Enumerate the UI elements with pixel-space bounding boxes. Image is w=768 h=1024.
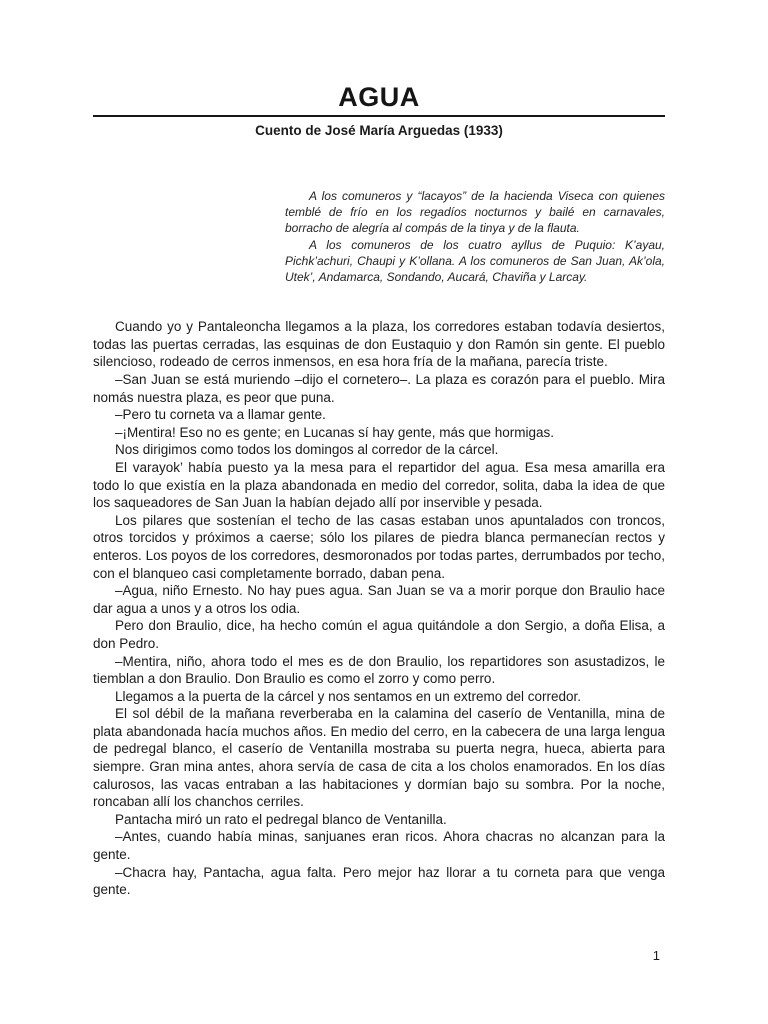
story-paragraph: Pantacha miró un rato el pedregal blanco… — [93, 811, 665, 829]
dedication-paragraph: A los comuneros de los cuatro ayllus de … — [285, 237, 665, 286]
document-header: AGUA Cuento de José María Arguedas (1933… — [93, 82, 665, 139]
story-paragraph: –Chacra hay, Pantacha, agua falta. Pero … — [93, 864, 665, 899]
story-paragraph: –San Juan se está muriendo –dijo el corn… — [93, 371, 665, 406]
story-paragraph: Los pilares que sostenían el techo de la… — [93, 512, 665, 582]
document-page: AGUA Cuento de José María Arguedas (1933… — [0, 0, 768, 1024]
story-paragraph: –Pero tu corneta va a llamar gente. — [93, 406, 665, 424]
story-paragraph: –¡Mentira! Eso no es gente; en Lucanas s… — [93, 424, 665, 442]
document-subtitle: Cuento de José María Arguedas (1933) — [93, 122, 665, 139]
story-paragraph: Llegamos a la puerta de la cárcel y nos … — [93, 688, 665, 706]
story-paragraph: El sol débil de la mañana reverberaba en… — [93, 705, 665, 811]
page-content: AGUA Cuento de José María Arguedas (1933… — [93, 0, 665, 899]
story-paragraph: –Agua, niño Ernesto. No hay pues agua. S… — [93, 582, 665, 617]
page-number: 1 — [93, 948, 660, 963]
dedication-block: A los comuneros y “lacayos” de la hacien… — [285, 188, 665, 285]
story-paragraph: –Antes, cuando había minas, sanjuanes er… — [93, 828, 665, 863]
document-title: AGUA — [93, 82, 665, 112]
story-paragraph: Cuando yo y Pantaleoncha llegamos a la p… — [93, 318, 665, 371]
dedication-paragraph: A los comuneros y “lacayos” de la hacien… — [285, 188, 665, 237]
story-paragraph: –Mentira, niño, ahora todo el mes es de … — [93, 653, 665, 688]
story-body: Cuando yo y Pantaleoncha llegamos a la p… — [93, 318, 665, 899]
title-rule — [93, 115, 665, 117]
story-paragraph: El varayok’ había puesto ya la mesa para… — [93, 459, 665, 512]
story-paragraph: Pero don Braulio, dice, ha hecho común e… — [93, 617, 665, 652]
story-paragraph: Nos dirigimos como todos los domingos al… — [93, 441, 665, 459]
